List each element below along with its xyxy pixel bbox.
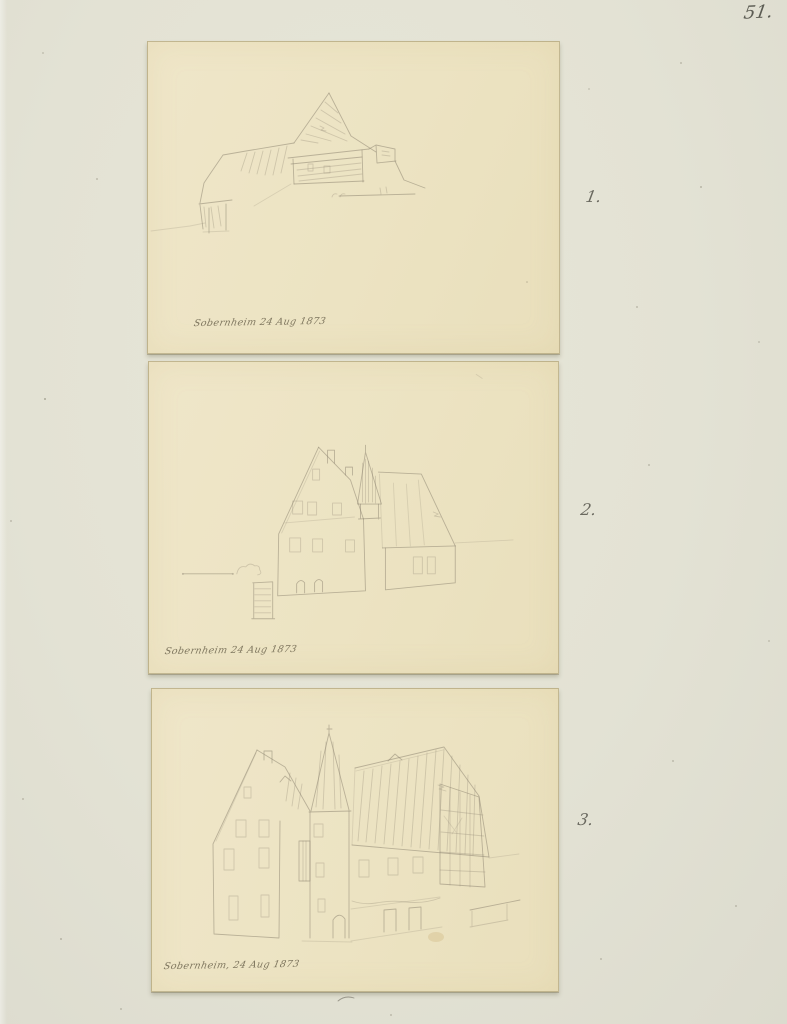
turret bbox=[357, 445, 381, 519]
pencil-sketch-gabled-house-with-turret bbox=[149, 362, 558, 673]
spire-and-tower bbox=[299, 725, 352, 942]
left-wing bbox=[213, 750, 310, 938]
right-annex bbox=[369, 145, 425, 188]
foreground-steps-and-fence bbox=[182, 374, 482, 618]
facade-windows bbox=[290, 469, 355, 593]
stray-pencil-mark bbox=[336, 989, 356, 999]
gable-roof bbox=[294, 93, 376, 152]
ground-marks bbox=[332, 187, 528, 283]
paper-texture-speckles bbox=[0, 0, 2, 2]
gabled-house bbox=[278, 447, 366, 596]
sketch-sheet-3: Sobernheim, 24 Aug 1873 bbox=[151, 688, 559, 992]
paper-stain bbox=[428, 932, 444, 942]
left-roof-shading bbox=[241, 146, 291, 206]
hillside-and-shed bbox=[151, 143, 294, 233]
timber-wall-and-eaves bbox=[288, 149, 369, 184]
sketch-1-caption: Sobernheim 24 Aug 1873 bbox=[193, 317, 327, 329]
right-wing bbox=[378, 472, 513, 590]
pencil-sketch-manor-with-spire bbox=[152, 689, 558, 991]
great-roof bbox=[352, 747, 489, 857]
sketch-3-caption: Sobernheim, 24 Aug 1873 bbox=[163, 960, 300, 972]
album-page: 51. bbox=[0, 0, 787, 1024]
half-timbered-end bbox=[440, 784, 485, 887]
courtyard-facade bbox=[351, 857, 442, 941]
margin-number-2: 2. bbox=[579, 500, 598, 519]
page-number: 51. bbox=[742, 1, 774, 23]
margin-number-1: 1. bbox=[584, 187, 603, 206]
pencil-sketch-house-on-hillside bbox=[148, 42, 559, 353]
sketch-sheet-2: Sobernheim 24 Aug 1873 bbox=[148, 361, 559, 674]
right-ground-and-shed bbox=[470, 854, 520, 927]
sketch-2-caption: Sobernheim 24 Aug 1873 bbox=[164, 645, 298, 657]
margin-number-3: 3. bbox=[576, 810, 595, 829]
sketch-sheet-1: Sobernheim 24 Aug 1873 bbox=[147, 41, 560, 354]
